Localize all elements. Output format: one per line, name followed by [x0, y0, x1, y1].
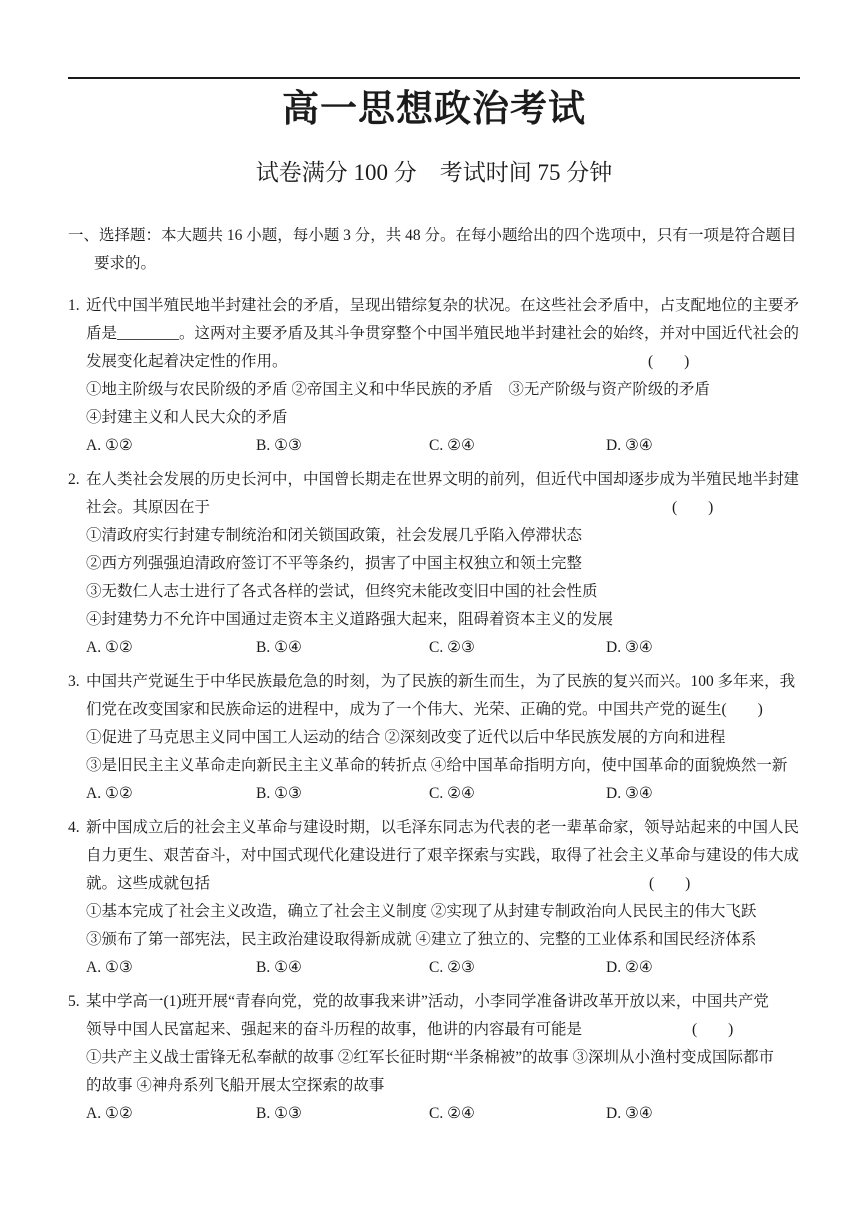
answer-bracket: ( )	[648, 348, 689, 376]
question-3: 3.中国共产党诞生于中华民族最危急的时刻，为了民族的新生而生，为了民族的复兴而兴…	[68, 668, 800, 808]
option-c: C. ②③	[429, 634, 606, 662]
instructions-line-2: 要求的。	[68, 250, 800, 278]
question-stem-line: 发展变化起着决定性的作用。 ( )	[68, 348, 800, 376]
options-row: A. ①② B. ①③ C. ②④ D. ③④	[68, 780, 800, 808]
question-items-line: ①基本完成了社会主义改造，确立了社会主义制度 ②实现了从封建专制政治向人民民主的…	[68, 898, 800, 926]
question-5: 5.某中学高一(1)班开展“青春向党，党的故事我来讲”活动，小李同学准备讲改革开…	[68, 988, 800, 1128]
question-stem-line: 社会。其原因在于 ( )	[68, 494, 800, 522]
option-c: C. ②③	[429, 954, 606, 982]
option-a: A. ①②	[86, 432, 256, 460]
question-4: 4.新中国成立后的社会主义革命与建设时期，以毛泽东同志为代表的老一辈革命家，领导…	[68, 814, 800, 982]
option-d: D. ③④	[606, 1100, 800, 1128]
question-stem-line: 自力更生、艰苦奋斗，对中国式现代化建设进行了艰辛探索与实践，取得了社会主义革命与…	[68, 842, 800, 870]
question-items-line: ②西方列强强迫清政府签订不平等条约，损害了中国主权独立和领土完整	[68, 550, 800, 578]
question-stem-line: 5.某中学高一(1)班开展“青春向党，党的故事我来讲”活动，小李同学准备讲改革开…	[68, 988, 800, 1016]
answer-bracket: ( )	[649, 870, 690, 898]
question-stem-line: 2.在人类社会发展的历史长河中，中国曾长期走在世界文明的前列，但近代中国却逐步成…	[68, 466, 800, 494]
stem-text: 社会。其原因在于	[86, 499, 210, 516]
exam-page: 高一思想政治考试 试卷满分 100 分 考试时间 75 分钟 一、选择题：本大题…	[0, 0, 867, 1226]
question-stem-line: 1.近代中国半殖民地半封建社会的矛盾，呈现出错综复杂的状况。在这些社会矛盾中，占…	[68, 292, 800, 320]
option-a: A. ①③	[86, 954, 256, 982]
question-items-line: ①清政府实行封建专制统治和闭关锁国政策，社会发展几乎陷入停滞状态	[68, 522, 800, 550]
question-stem-line: 领导中国人民富起来、强起来的奋斗历程的故事，他讲的内容最有可能是 ( )	[68, 1016, 800, 1044]
options-row: A. ①② B. ①③ C. ②④ D. ③④	[68, 1100, 800, 1128]
option-d: D. ③④	[606, 634, 800, 662]
question-number: 4.	[68, 814, 86, 842]
option-d: D. ③④	[606, 780, 800, 808]
option-b: B. ①④	[256, 634, 429, 662]
options-row: A. ①③ B. ①④ C. ②③ D. ②④	[68, 954, 800, 982]
answer-bracket: ( )	[672, 494, 713, 522]
stem-text: 新中国成立后的社会主义革命与建设时期，以毛泽东同志为代表的老一辈革命家，领导站起…	[86, 819, 799, 836]
options-row: A. ①② B. ①③ C. ②④ D. ③④	[68, 432, 800, 460]
stem-text: 领导中国人民富起来、强起来的奋斗历程的故事，他讲的内容最有可能是	[86, 1021, 582, 1038]
option-b: B. ①③	[256, 432, 429, 460]
option-a: A. ①②	[86, 780, 256, 808]
question-number: 5.	[68, 988, 86, 1016]
section-instructions: 一、选择题：本大题共 16 小题，每小题 3 分，共 48 分。在每小题给出的四…	[68, 222, 800, 278]
question-stem-line: 3.中国共产党诞生于中华民族最危急的时刻，为了民族的新生而生，为了民族的复兴而兴…	[68, 668, 800, 696]
option-b: B. ①③	[256, 780, 429, 808]
stem-text: 某中学高一(1)班开展“青春向党，党的故事我来讲”活动，小李同学准备讲改革开放以…	[86, 993, 769, 1010]
option-b: B. ①④	[256, 954, 429, 982]
question-items-line: 的故事 ④神舟系列飞船开展太空探索的故事	[68, 1072, 800, 1100]
stem-text: 近代中国半殖民地半封建社会的矛盾，呈现出错综复杂的状况。在这些社会矛盾中，占支配…	[86, 297, 799, 314]
question-number: 2.	[68, 466, 86, 494]
option-d: D. ③④	[606, 432, 800, 460]
question-number: 3.	[68, 668, 86, 696]
option-a: A. ①②	[86, 1100, 256, 1128]
question-items-line: ①地主阶级与农民阶级的矛盾 ②帝国主义和中华民族的矛盾 ③无产阶级与资产阶级的矛…	[68, 376, 800, 404]
option-a: A. ①②	[86, 634, 256, 662]
option-d: D. ②④	[606, 954, 800, 982]
stem-text: 就。这些成就包括	[86, 875, 210, 892]
question-stem-line: 4.新中国成立后的社会主义革命与建设时期，以毛泽东同志为代表的老一辈革命家，领导…	[68, 814, 800, 842]
stem-text: 中国共产党诞生于中华民族最危急的时刻，为了民族的新生而生，为了民族的复兴而兴。1…	[86, 673, 795, 690]
question-items-line: ③是旧民主主义革命走向新民主主义革命的转折点 ④给中国革命指明方向，使中国革命的…	[68, 752, 800, 780]
page-subtitle: 试卷满分 100 分 考试时间 75 分钟	[68, 158, 800, 188]
question-items-line: ①共产主义战士雷锋无私奉献的故事 ②红军长征时期“半条棉被”的故事 ③深圳从小渔…	[68, 1044, 800, 1072]
option-c: C. ②④	[429, 432, 606, 460]
header-rule	[68, 77, 800, 79]
stem-text: 发展变化起着决定性的作用。	[86, 353, 288, 370]
stem-text: 在人类社会发展的历史长河中，中国曾长期走在世界文明的前列，但近代中国却逐步成为半…	[86, 471, 799, 488]
question-2: 2.在人类社会发展的历史长河中，中国曾长期走在世界文明的前列，但近代中国却逐步成…	[68, 466, 800, 662]
instructions-line-1: 一、选择题：本大题共 16 小题，每小题 3 分，共 48 分。在每小题给出的四…	[68, 222, 800, 250]
page-title: 高一思想政治考试	[68, 87, 800, 131]
question-number: 1.	[68, 292, 86, 320]
question-1: 1.近代中国半殖民地半封建社会的矛盾，呈现出错综复杂的状况。在这些社会矛盾中，占…	[68, 292, 800, 460]
option-c: C. ②④	[429, 1100, 606, 1128]
question-stem-line: 盾是________。这两对主要矛盾及其斗争贯穿整个中国半殖民地半封建社会的始终…	[68, 320, 800, 348]
question-items-line: ④封建势力不允许中国通过走资本主义道路强大起来，阻碍着资本主义的发展	[68, 606, 800, 634]
question-items-line: ④封建主义和人民大众的矛盾	[68, 404, 800, 432]
question-items-line: ③无数仁人志士进行了各式各样的尝试，但终究未能改变旧中国的社会性质	[68, 578, 800, 606]
answer-bracket: ( )	[692, 1016, 733, 1044]
question-items-line: ①促进了马克思主义同中国工人运动的结合 ②深刻改变了近代以后中华民族发展的方向和…	[68, 724, 800, 752]
options-row: A. ①② B. ①④ C. ②③ D. ③④	[68, 634, 800, 662]
option-c: C. ②④	[429, 780, 606, 808]
option-b: B. ①③	[256, 1100, 429, 1128]
question-items-line: ③颁布了第一部宪法，民主政治建设取得新成就 ④建立了独立的、完整的工业体系和国民…	[68, 926, 800, 954]
question-stem-line: 们党在改变国家和民族命运的进程中，成为了一个伟大、光荣、正确的党。中国共产党的诞…	[68, 696, 800, 724]
question-stem-line: 就。这些成就包括 ( )	[68, 870, 800, 898]
